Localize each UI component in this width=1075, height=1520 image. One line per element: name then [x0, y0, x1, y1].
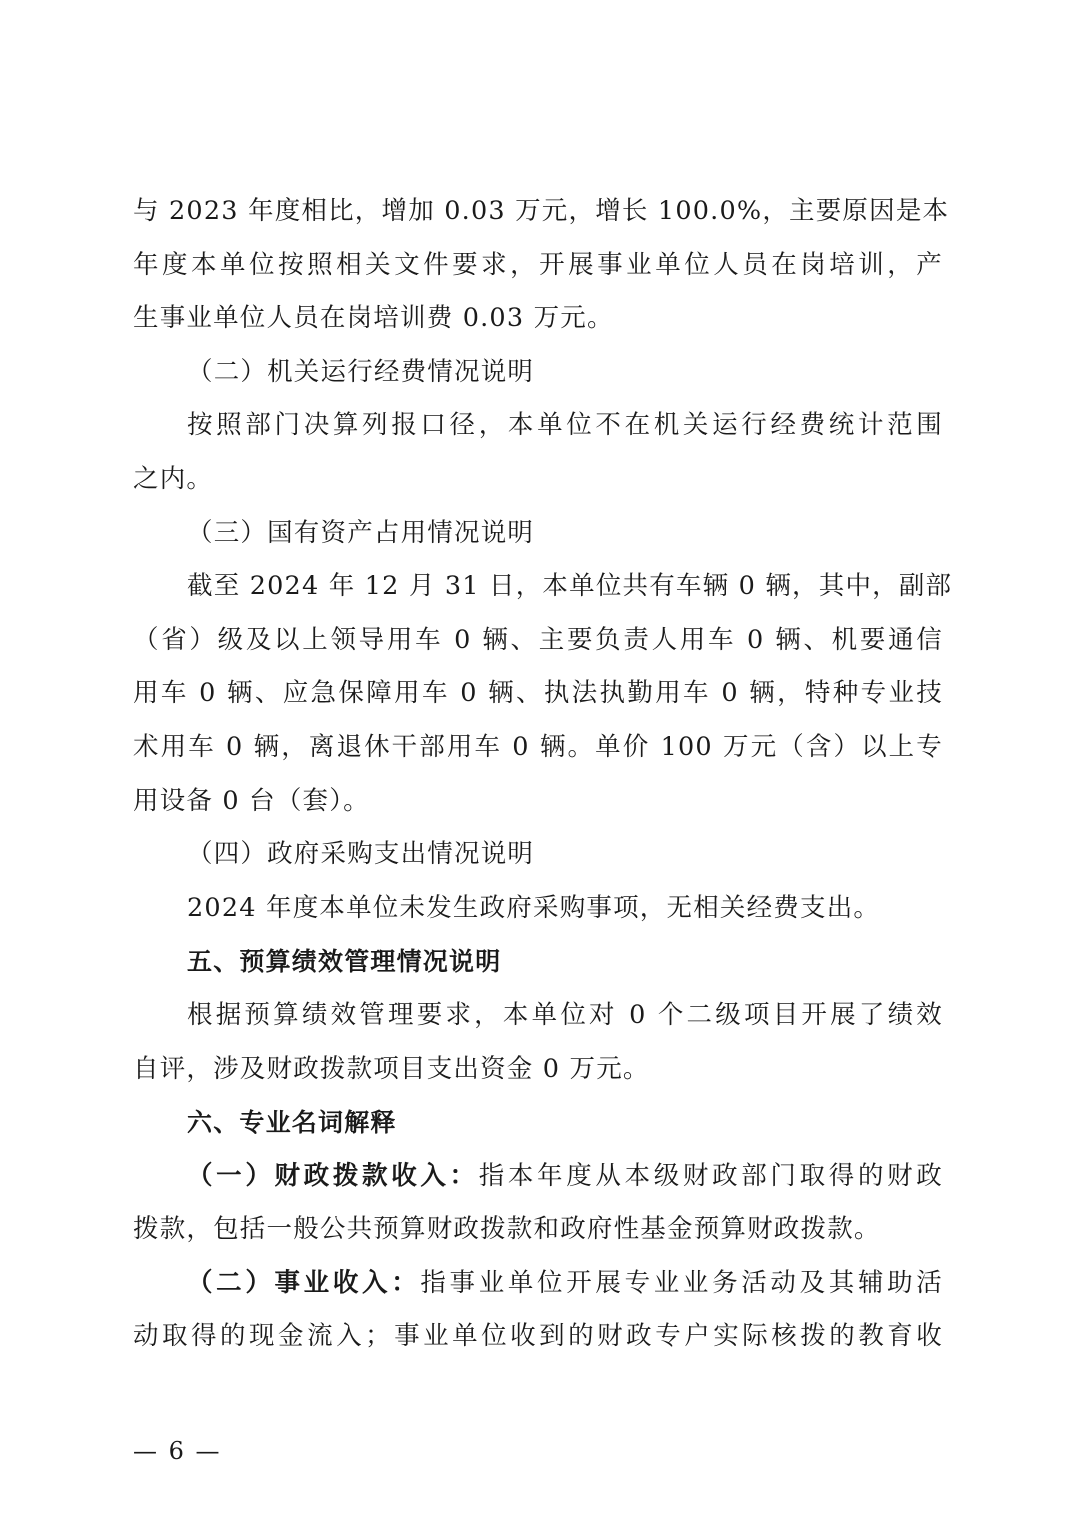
- body-line: 年度本单位按照相关文件要求，开展事业单位人员在岗培训，产: [133, 239, 943, 293]
- body-line: 截至 2024 年 12 月 31 日，本单位共有车辆 0 辆，其中，副部: [133, 560, 943, 614]
- heading-terminology: 六、专业名词解释: [133, 1096, 943, 1150]
- body-line: 根据预算绩效管理要求，本单位对 0 个二级项目开展了绩效: [133, 989, 943, 1043]
- body-line: （省）级及以上领导用车 0 辆、主要负责人用车 0 辆、机要通信: [133, 614, 943, 668]
- body-line: 拨款，包括一般公共预算财政拨款和政府性基金预算财政拨款。: [133, 1203, 943, 1257]
- body-line: 之内。: [133, 453, 943, 507]
- body-line: 按照部门决算列报口径，本单位不在机关运行经费统计范围: [133, 399, 943, 453]
- subheading-state-assets: （三）国有资产占用情况说明: [133, 507, 943, 561]
- term-text: 指事业单位开展专业业务活动及其辅助活: [420, 1268, 943, 1298]
- body-line: 动取得的现金流入；事业单位收到的财政专户实际核拨的教育收: [133, 1310, 943, 1364]
- page-number: — 6 —: [133, 1433, 222, 1469]
- body-line: 2024 年度本单位未发生政府采购事项，无相关经费支出。: [133, 882, 943, 936]
- document-page: 与 2023 年度相比，增加 0.03 万元，增长 100.0%，主要原因是本 …: [133, 185, 943, 1364]
- term-label: （一）财政拨款收入：: [187, 1161, 479, 1191]
- body-line: 用设备 0 台（套）。: [133, 775, 943, 829]
- term-text: 指本年度从本级财政部门取得的财政: [479, 1161, 943, 1191]
- body-line: 术用车 0 辆，离退休干部用车 0 辆。单价 100 万元（含）以上专: [133, 721, 943, 775]
- body-line: 与 2023 年度相比，增加 0.03 万元，增长 100.0%，主要原因是本: [133, 185, 943, 239]
- subheading-operating-expenses: （二）机关运行经费情况说明: [133, 346, 943, 400]
- body-line: 用车 0 辆、应急保障用车 0 辆、执法执勤用车 0 辆，特种专业技: [133, 667, 943, 721]
- term-definition-line: （二）事业收入：指事业单位开展专业业务活动及其辅助活: [133, 1257, 943, 1311]
- subheading-government-procurement: （四）政府采购支出情况说明: [133, 828, 943, 882]
- body-line: 生事业单位人员在岗培训费 0.03 万元。: [133, 292, 943, 346]
- body-line: 自评，涉及财政拨款项目支出资金 0 万元。: [133, 1043, 943, 1097]
- heading-performance-management: 五、预算绩效管理情况说明: [133, 935, 943, 989]
- term-definition-line: （一）财政拨款收入：指本年度从本级财政部门取得的财政: [133, 1150, 943, 1204]
- term-label: （二）事业收入：: [187, 1268, 420, 1298]
